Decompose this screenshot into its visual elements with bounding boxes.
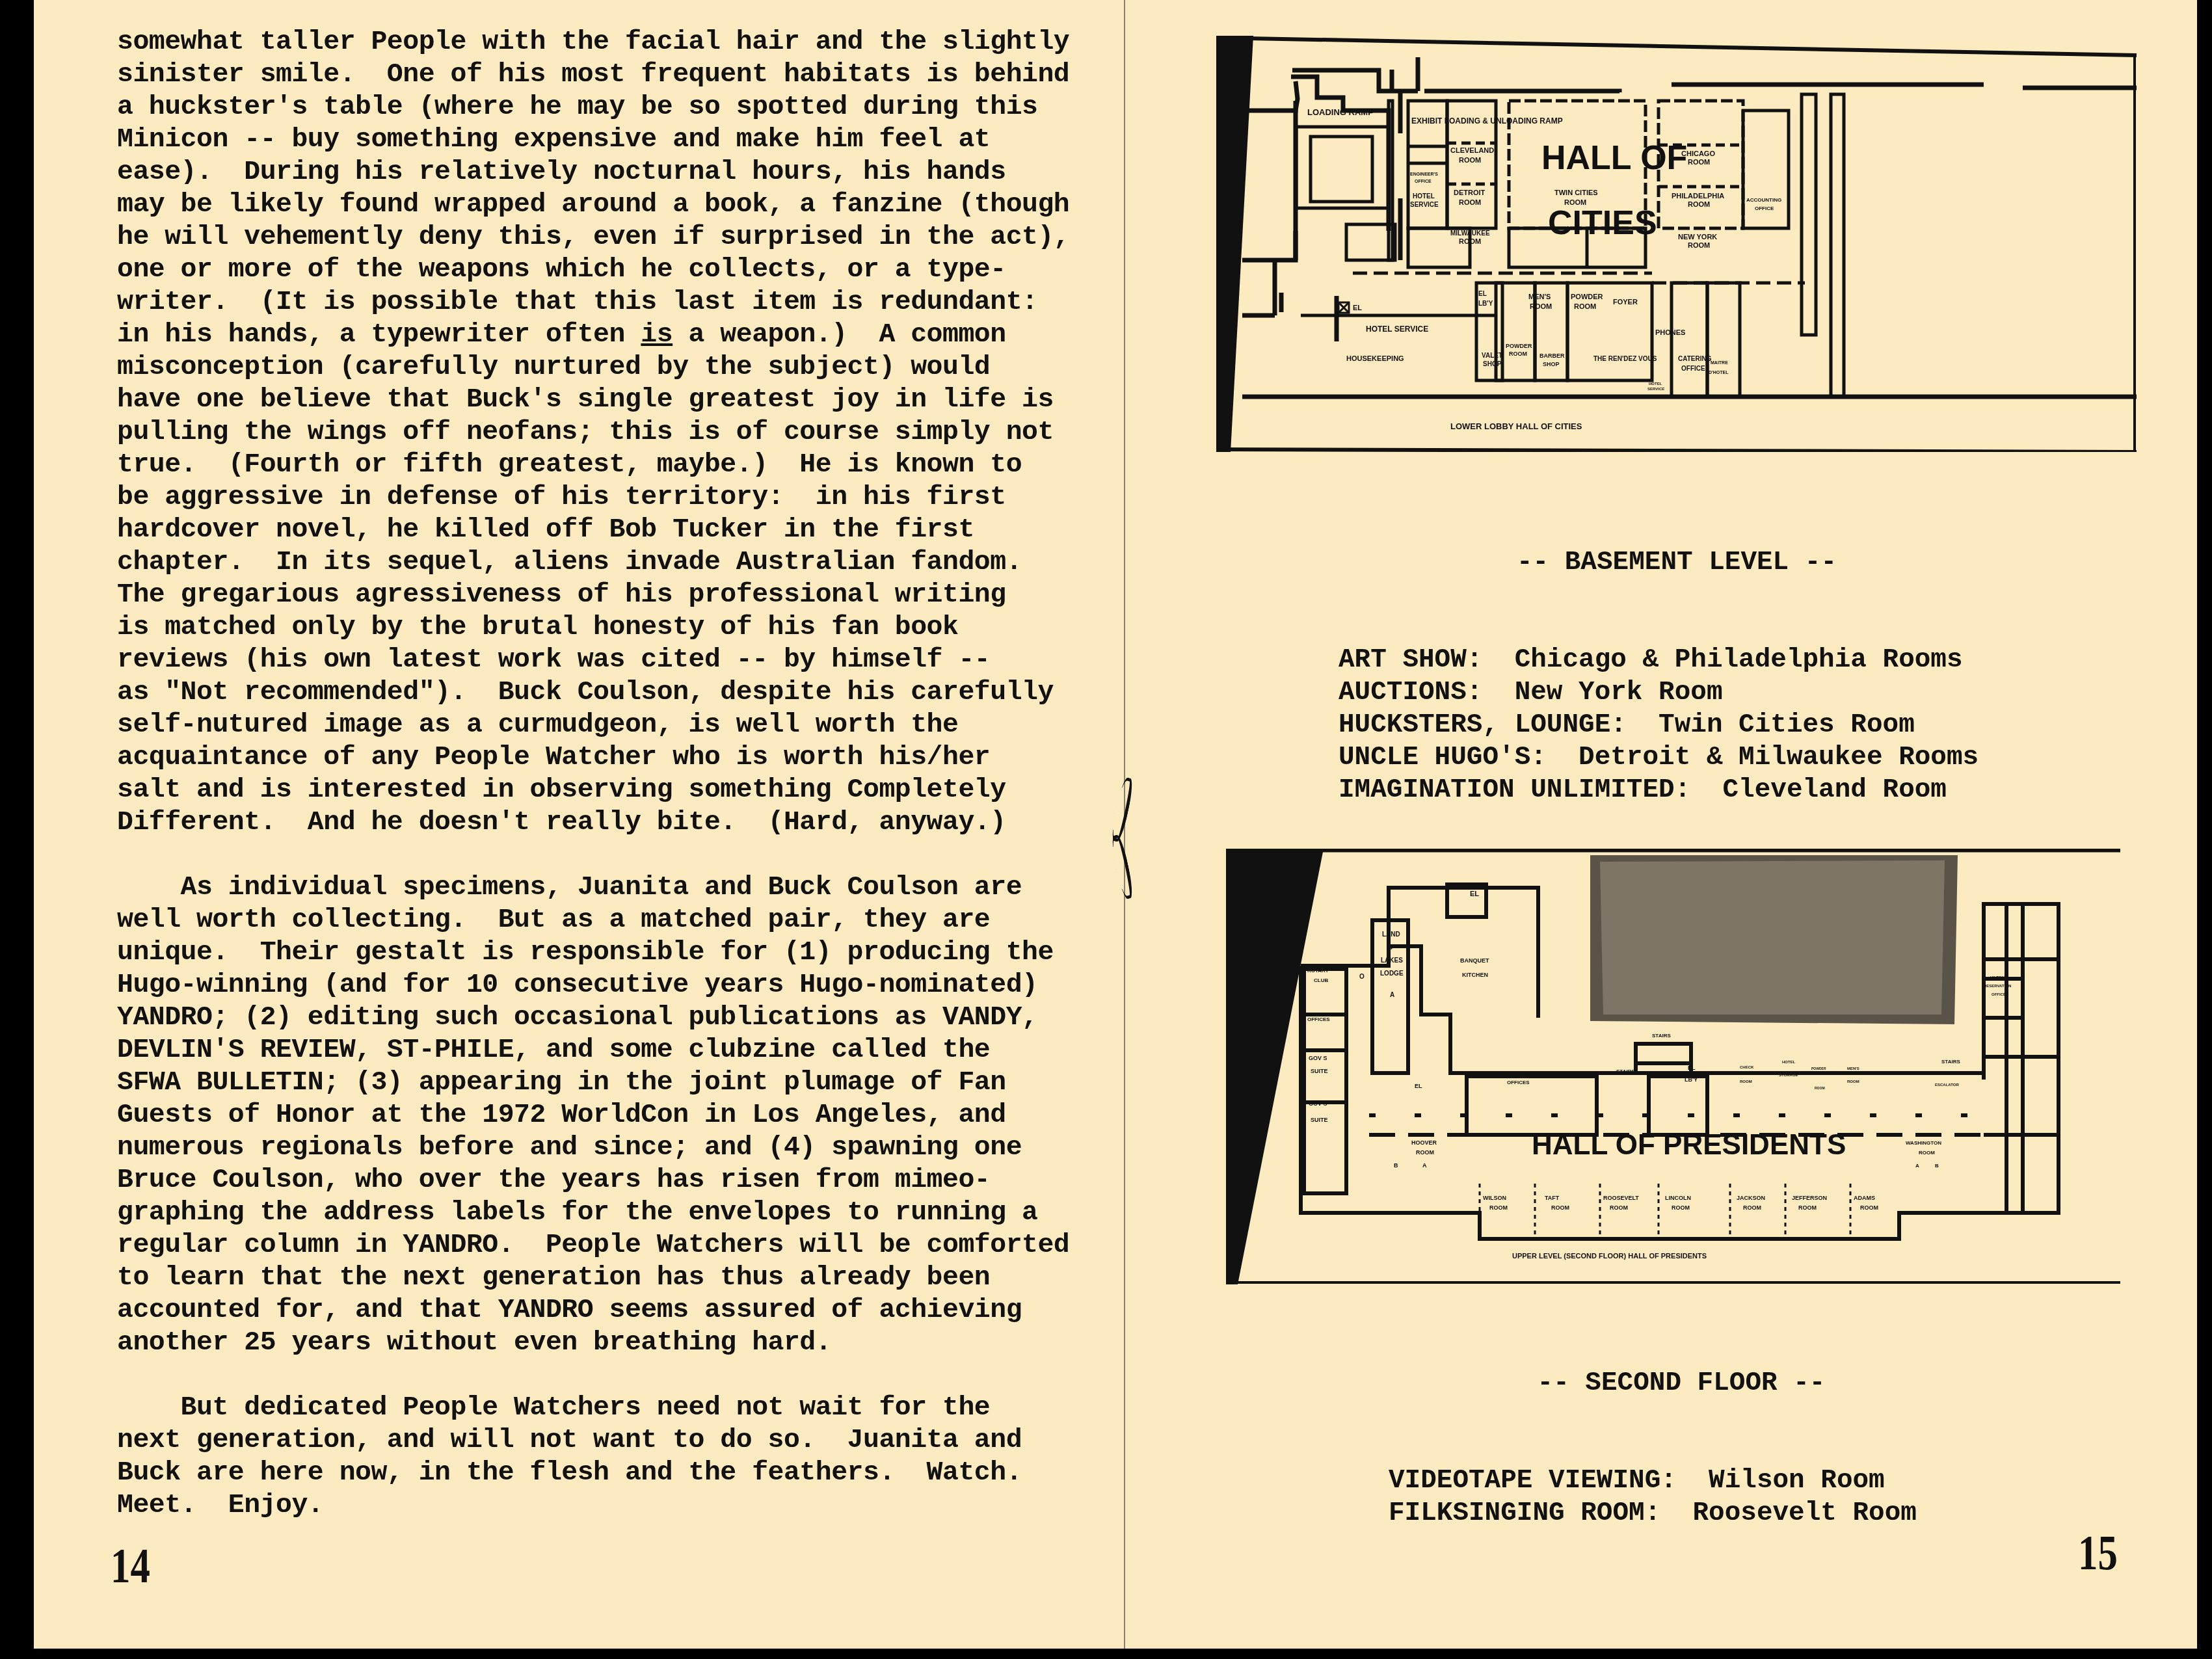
room-label: ROOM (1743, 1204, 1761, 1211)
svg-text:EL: EL (1688, 1065, 1696, 1071)
text-line: well worth collecting. But as a matched … (117, 904, 1106, 936)
text-line: regular column in YANDRO. People Watcher… (117, 1229, 1106, 1262)
legend-entry: AUCTIONS: New York Room (1339, 676, 2015, 709)
svg-text:THE REN'DEZ VOUS: THE REN'DEZ VOUS (1593, 356, 1657, 363)
legend-entry: HUCKSTERS, LOUNGE: Twin Cities Room (1339, 709, 2015, 741)
room-label: LINCOLN (1665, 1195, 1691, 1201)
svg-text:ROOM: ROOM (1847, 1080, 1859, 1084)
text-line: unique. Their gestalt is responsible for… (117, 936, 1106, 969)
svg-text:POWDER: POWDER (1571, 293, 1603, 301)
svg-text:CITIES: CITIES (1548, 204, 1657, 242)
text-line: somewhat taller People with the facial h… (117, 26, 1106, 59)
text-line: SFWA BULLETIN; (3) appearing in the join… (117, 1067, 1106, 1099)
svg-text:ESCALATOR: ESCALATOR (1935, 1083, 1959, 1087)
text-line: as "Not recommended"). Buck Coulson, des… (117, 676, 1106, 709)
svg-text:ROOM: ROOM (1530, 303, 1552, 311)
room-label: ROOM (1489, 1204, 1508, 1211)
text-line: self-nutured image as a curmudgeon, is w… (117, 709, 1106, 741)
text-line: acquaintance of any People Watcher who i… (117, 741, 1106, 774)
text-line: Minicon -- buy something expensive and m… (117, 124, 1106, 156)
room-label: ADAMS (1854, 1195, 1875, 1201)
svg-text:GOV S: GOV S (1309, 1100, 1327, 1107)
svg-text:EL: EL (1353, 304, 1362, 312)
basement-level-legend: -- BASEMENT LEVEL -- ART SHOW: Chicago &… (1339, 481, 2015, 839)
svg-text:ROOM: ROOM (1688, 159, 1710, 166)
svg-text:ROOM: ROOM (1416, 1149, 1434, 1156)
text-line: salt and is interested in observing some… (117, 774, 1106, 806)
svg-text:PHILADELPHIA: PHILADELPHIA (1672, 192, 1724, 200)
svg-text:CATERING: CATERING (1678, 356, 1712, 363)
svg-text:SERVICE: SERVICE (1410, 202, 1439, 209)
svg-text:VALET: VALET (1482, 352, 1502, 360)
room-label: ROOM (1610, 1204, 1628, 1211)
text-line: reviews (his own latest work was cited -… (117, 644, 1106, 676)
svg-text:OFFICE: OFFICE (1681, 365, 1705, 373)
second-floor-legend: -- SECOND FLOOR -- VIDEOTAPE VIEWING: Wi… (1389, 1302, 1974, 1562)
text-line: The gregarious agressiveness of his prof… (117, 579, 1106, 611)
svg-text:CHICAGO: CHICAGO (1681, 150, 1715, 158)
svg-text:GOV S: GOV S (1309, 1055, 1327, 1061)
legend-entry: UNCLE HUGO'S: Detroit & Milwaukee Rooms (1339, 741, 2015, 774)
text-line: a huckster's table (where he may be so s… (117, 91, 1106, 124)
svg-text:STAIRS: STAIRS (1941, 1059, 1960, 1065)
text-line: But dedicated People Watchers need not w… (117, 1392, 1106, 1424)
text-line: next generation, and will not want to do… (117, 1424, 1106, 1457)
svg-text:SHOP: SHOP (1483, 361, 1502, 368)
svg-text:LAND: LAND (1382, 931, 1400, 938)
svg-text:B: B (1394, 1162, 1398, 1169)
svg-text:ROOM: ROOM (1740, 1080, 1752, 1084)
svg-text:STAIRS: STAIRS (1652, 1033, 1671, 1039)
svg-text:LOADING RAMP: LOADING RAMP (1307, 107, 1374, 117)
svg-text:OFFICE: OFFICE (1415, 179, 1432, 184)
legend-entry: VIDEOTAPE VIEWING: Wilson Room (1389, 1465, 1974, 1497)
text-line: have one believe that Buck's single grea… (117, 384, 1106, 416)
text-line: Guests of Honor at the 1972 WorldCon in … (117, 1099, 1106, 1132)
svg-text:ACCOUNTING: ACCOUNTING (1746, 197, 1781, 203)
svg-text:ROOM: ROOM (1509, 351, 1527, 357)
svg-text:HOUSEKEEPING: HOUSEKEEPING (1346, 355, 1404, 363)
room-label: ROOM (1860, 1204, 1878, 1211)
svg-text:SHOP: SHOP (1543, 361, 1560, 367)
svg-text:MILWAUKEE: MILWAUKEE (1450, 230, 1490, 237)
room-label: ROOSEVELT (1603, 1195, 1639, 1201)
text-line: Hugo-winning (and for 10 consecutive yea… (117, 969, 1106, 1002)
svg-text:ROOM: ROOM (1459, 157, 1481, 165)
svg-text:MAITRE: MAITRE (1711, 361, 1728, 365)
text-line: be aggressive in defense of his territor… (117, 481, 1106, 514)
svg-text:HILTON: HILTON (1990, 976, 2005, 980)
svg-text:ROOM: ROOM (1919, 1150, 1935, 1156)
second-floor-legend-heading: -- SECOND FLOOR -- (1389, 1367, 1974, 1400)
svg-text:ROTARY: ROTARY (1307, 968, 1329, 974)
svg-text:O: O (1388, 944, 1393, 951)
text-line: hardcover novel, he killed off Bob Tucke… (117, 514, 1106, 546)
svg-text:OFFICES: OFFICES (1507, 1080, 1530, 1085)
svg-text:O: O (1359, 974, 1365, 981)
text-line: is matched only by the brutal honesty of… (117, 611, 1106, 644)
legend-entry: ART SHOW: Chicago & Philadelphia Rooms (1339, 644, 2015, 676)
svg-text:LB'Y: LB'Y (1685, 1076, 1698, 1083)
svg-text:OFFICES: OFFICES (1307, 1016, 1330, 1022)
svg-text:STAIRS: STAIRS (1616, 1068, 1635, 1074)
svg-text:ENGINEER'S: ENGINEER'S (1410, 172, 1438, 177)
svg-text:EXHIBIT LOADING & UNLOADING RA: EXHIBIT LOADING & UNLOADING RAMP (1411, 116, 1563, 126)
svg-text:MEN'S: MEN'S (1528, 293, 1551, 301)
svg-text:BANQUET: BANQUET (1460, 957, 1489, 964)
svg-text:D'HOTEL: D'HOTEL (1709, 371, 1729, 375)
svg-text:ROOM: ROOM (1815, 1087, 1825, 1091)
room-label: ROOM (1551, 1204, 1569, 1211)
svg-text:OFFICE: OFFICE (1992, 993, 2006, 997)
svg-text:HOTEL: HOTEL (1413, 193, 1435, 200)
text-line: writer. (It is possible that this last i… (117, 286, 1106, 319)
text-line: to learn that the next generation has th… (117, 1262, 1106, 1294)
svg-text:HOTEL SERVICE: HOTEL SERVICE (1366, 325, 1428, 334)
svg-text:LOWER LOBBY HALL OF CITIES: LOWER LOBBY HALL OF CITIES (1450, 421, 1582, 431)
text-line: DEVLIN'S REVIEW, ST-PHILE, and some club… (117, 1034, 1106, 1067)
legend-entry: FILKSINGING ROOM: Roosevelt Room (1389, 1497, 1974, 1530)
text-line: in his hands, a typewriter often is a we… (117, 319, 1106, 351)
svg-text:LODGE: LODGE (1380, 970, 1404, 977)
svg-text:LB'Y: LB'Y (1478, 300, 1493, 308)
svg-text:SERVICE: SERVICE (1647, 388, 1664, 392)
svg-text:FOYER: FOYER (1613, 299, 1638, 306)
text-line: accounted for, and that YANDRO seems ass… (117, 1294, 1106, 1327)
svg-text:RESERVATION: RESERVATION (1984, 985, 2011, 989)
svg-text:ROOM: ROOM (1688, 201, 1710, 209)
page-number-right: 15 (2078, 1525, 2118, 1582)
svg-text:EXECUTIVE: EXECUTIVE (1502, 1072, 1532, 1078)
svg-text:STORAGE: STORAGE (1779, 1074, 1798, 1078)
svg-text:EL: EL (1478, 291, 1487, 298)
svg-text:ROOM: ROOM (1459, 238, 1481, 246)
text-line: misconception (carefully nurtured by the… (117, 351, 1106, 384)
svg-text:SUITE: SUITE (1311, 1068, 1328, 1074)
text-line: graphing the address labels for the enve… (117, 1197, 1106, 1229)
text-line: sinister smile. One of his most frequent… (117, 59, 1106, 91)
svg-text:EL: EL (1415, 1083, 1422, 1089)
svg-text:CLEVELAND: CLEVELAND (1450, 147, 1494, 155)
text-line: may be likely found wrapped around a boo… (117, 189, 1106, 221)
text-line: Buck are here now, in the flesh and the … (117, 1457, 1106, 1489)
svg-text:HOTEL: HOTEL (1782, 1061, 1796, 1065)
room-label: WILSON (1483, 1195, 1506, 1201)
svg-text:BARBER: BARBER (1539, 352, 1565, 359)
article-text: somewhat taller People with the facial h… (117, 26, 1106, 1522)
legend-entry: IMAGINATION UNLIMITED: Cleveland Room (1339, 774, 2015, 806)
svg-text:POWDER: POWDER (1506, 343, 1532, 349)
svg-text:ROOM: ROOM (1688, 242, 1710, 250)
svg-text:NEW YORK: NEW YORK (1678, 233, 1717, 241)
svg-text:WASHINGTON: WASHINGTON (1906, 1140, 1941, 1146)
room-label: JACKSON (1737, 1195, 1765, 1201)
text-line: one or more of the weapons which he coll… (117, 254, 1106, 286)
text-line: numerous regionals before and since; and… (117, 1132, 1106, 1164)
text-line: he will vehemently deny this, even if su… (117, 221, 1106, 254)
room-label: ROOM (1798, 1204, 1817, 1211)
text-line: Bruce Coulson, who over the years has ri… (117, 1164, 1106, 1197)
second-floor-plan: EL LAND O LAKES LODGE A O BANQUET KITCHE… (1226, 849, 2120, 1284)
svg-text:TWIN CITIES: TWIN CITIES (1554, 189, 1598, 197)
svg-text:SUITE: SUITE (1311, 1117, 1328, 1123)
svg-text:ROOM: ROOM (1574, 303, 1596, 311)
basement-legend-heading: -- BASEMENT LEVEL -- (1339, 546, 2015, 579)
svg-text:CHECK: CHECK (1740, 1066, 1754, 1070)
svg-text:HOTEL: HOTEL (1649, 382, 1662, 386)
svg-text:A: A (1422, 1162, 1427, 1169)
svg-text:UPPER LEVEL (SECOND FLOOR) HAL: UPPER LEVEL (SECOND FLOOR) HALL OF PRESI… (1512, 1253, 1707, 1260)
svg-text:CLUB: CLUB (1314, 977, 1328, 983)
svg-text:B: B (1935, 1163, 1939, 1169)
text-line: true. (Fourth or fifth greatest, maybe.)… (117, 449, 1106, 481)
svg-text:LAKES: LAKES (1381, 957, 1403, 964)
text-line: chapter. In its sequel, aliens invade Au… (117, 546, 1106, 579)
svg-text:ROOM: ROOM (1459, 199, 1481, 207)
svg-text:POWDER: POWDER (1811, 1067, 1826, 1071)
text-line: pulling the wings off neofans; this is o… (117, 416, 1106, 449)
svg-text:DETROIT: DETROIT (1454, 189, 1486, 197)
svg-text:MEN'S: MEN'S (1847, 1067, 1859, 1071)
text-line: another 25 years without even breathing … (117, 1327, 1106, 1359)
svg-text:A: A (1915, 1163, 1919, 1169)
svg-text:EL: EL (1470, 890, 1479, 898)
svg-text:A: A (1390, 992, 1394, 999)
text-line: Different. And he doesn't really bite. (… (117, 806, 1106, 839)
svg-text:PHONES: PHONES (1655, 329, 1685, 337)
text-line: As individual specimens, Juanita and Buc… (117, 871, 1106, 904)
svg-text:HALL OF: HALL OF (1541, 139, 1687, 177)
room-label: JEFFERSON (1792, 1195, 1827, 1201)
svg-text:KITCHEN: KITCHEN (1462, 972, 1488, 978)
text-line: ease). During his relatively nocturnal h… (117, 156, 1106, 189)
svg-text:OFFICE: OFFICE (1755, 206, 1774, 211)
page-number-left: 14 (111, 1538, 150, 1595)
svg-text:HALL OF PRESIDENTS: HALL OF PRESIDENTS (1532, 1129, 1846, 1161)
svg-text:HOOVER: HOOVER (1411, 1139, 1437, 1146)
text-line: Meet. Enjoy. (117, 1489, 1106, 1522)
room-label: ROOM (1672, 1204, 1690, 1211)
text-line: YANDRO; (2) editing such occasional publ… (117, 1002, 1106, 1034)
room-label: TAFT (1545, 1195, 1560, 1201)
basement-floor-plan: LOADING RAMP EXHIBIT LOADING & UNLOADING… (1216, 36, 2137, 452)
